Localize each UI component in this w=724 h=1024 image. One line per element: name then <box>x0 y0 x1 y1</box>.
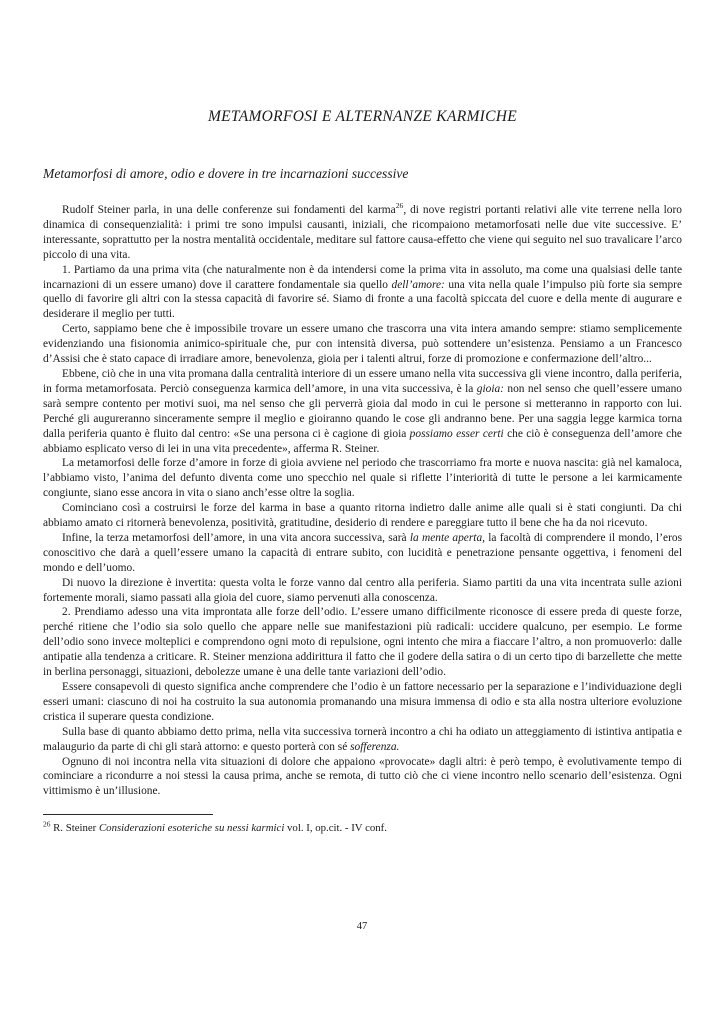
page-number: 47 <box>0 921 724 932</box>
text-run: La metamorfosi delle forze d’amore in fo… <box>43 457 682 499</box>
emphasized-text: possiamo esser certi <box>410 428 504 440</box>
page-title: METAMORFOSI E ALTERNANZE KARMICHE <box>43 0 682 126</box>
emphasized-text: sofferenza. <box>350 741 399 753</box>
text-run: Rudolf Steiner parla, in una delle confe… <box>62 204 396 216</box>
text-run: Di nuovo la direzione è invertita: quest… <box>43 577 682 604</box>
section-heading: Metamorfosi di amore, odio e dovere in t… <box>43 126 682 182</box>
paragraph: 2. Prendiamo adesso una vita improntata … <box>43 605 682 680</box>
paragraph: Ebbene, ciò che in una vita promana dall… <box>43 367 682 456</box>
text-run: Cominciano così a costruirsi le forze de… <box>43 502 682 529</box>
paragraph: 1. Partiamo da una prima vita (che natur… <box>43 263 682 323</box>
text-run: 2. Prendiamo adesso una vita improntata … <box>43 606 682 678</box>
body-text: Rudolf Steiner parla, in una delle confe… <box>43 203 682 799</box>
text-run: Essere consapevoli di questo significa a… <box>43 681 682 723</box>
paragraph: La metamorfosi delle forze d’amore in fo… <box>43 456 682 501</box>
emphasized-text: Considerazioni esoteriche su nessi karmi… <box>99 822 284 834</box>
text-run: Ognuno di noi incontra nella vita situaz… <box>43 756 682 798</box>
paragraph: Sulla base di quanto abbiamo detto prima… <box>43 725 682 755</box>
emphasized-text: la mente aperta, <box>410 532 485 544</box>
paragraph: Di nuovo la direzione è invertita: quest… <box>43 576 682 606</box>
text-run: vol. I, op.cit. - IV conf. <box>284 822 387 834</box>
footnote: 26 R. Steiner Considerazioni esoteriche … <box>43 822 682 836</box>
text-run: Infine, la terza metamorfosi dell’amore,… <box>62 532 410 544</box>
footnote-separator <box>43 814 213 815</box>
paragraph: Cominciano così a costruirsi le forze de… <box>43 501 682 531</box>
paragraph: Infine, la terza metamorfosi dell’amore,… <box>43 531 682 576</box>
document-page: METAMORFOSI E ALTERNANZE KARMICHE Metamo… <box>0 0 724 1024</box>
paragraph: Certo, sappiamo bene che è impossibile t… <box>43 322 682 367</box>
text-run: R. Steiner <box>50 822 99 834</box>
paragraph: Ognuno di noi incontra nella vita situaz… <box>43 755 682 800</box>
emphasized-text: dell’amore: <box>392 279 445 291</box>
emphasized-text: gioia: <box>477 383 504 395</box>
paragraph: Essere consapevoli di questo significa a… <box>43 680 682 725</box>
paragraph: Rudolf Steiner parla, in una delle confe… <box>43 203 682 263</box>
text-run: Certo, sappiamo bene che è impossibile t… <box>43 323 682 365</box>
